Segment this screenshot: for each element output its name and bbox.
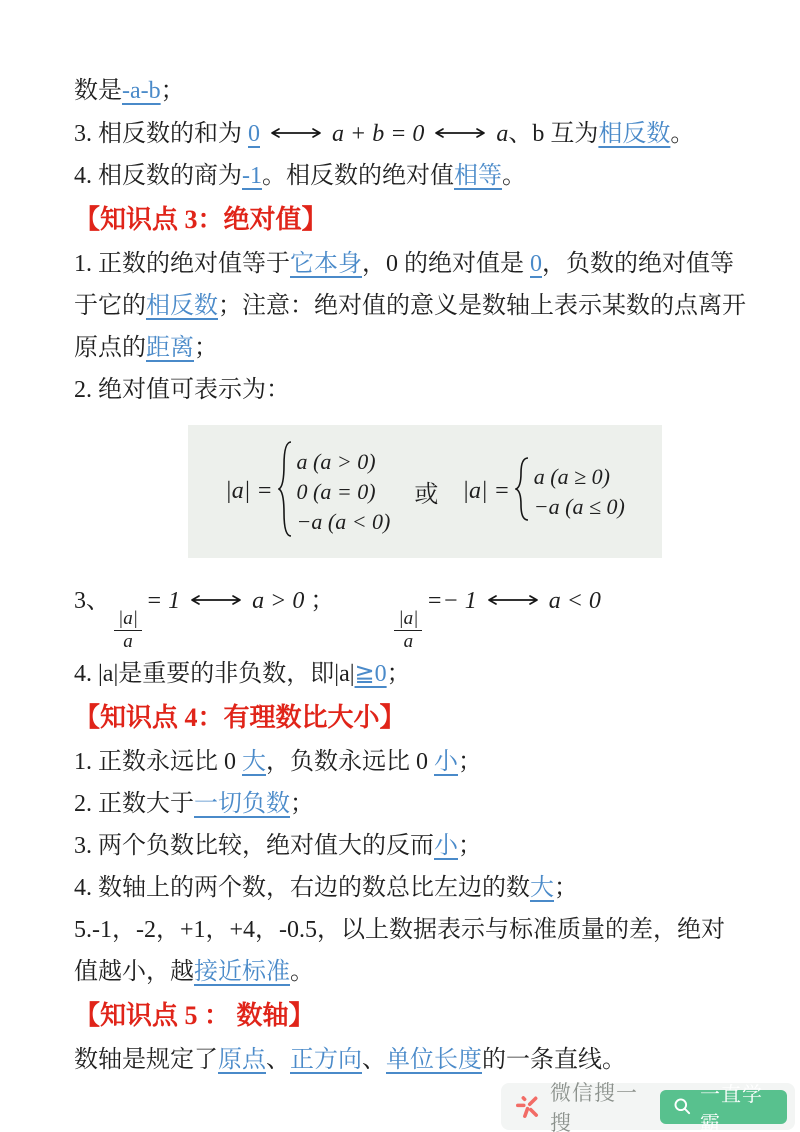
text-run: 3. 两个负数比较，绝对值大的反而 bbox=[74, 833, 434, 859]
text-run: 4. |a|是重要的非负数，即|a| bbox=[74, 661, 355, 687]
text-run: 值越小，越 bbox=[74, 959, 194, 985]
text-run: 、b 互为 bbox=[508, 121, 598, 147]
heading-text: 【知识点 3：绝对值】 bbox=[74, 205, 328, 234]
piecewise-cases: |a| =a (a > 0)0 (a = 0)−a (a < 0) bbox=[225, 441, 390, 542]
text-run: 4. 相反数的商为 bbox=[74, 163, 242, 189]
text-line: 4. |a|是重要的非负数，即|a|≧0； bbox=[74, 653, 740, 695]
or-label: 或 bbox=[414, 474, 438, 509]
heading-text: 【知识点 5 ： 数轴】 bbox=[74, 1001, 315, 1030]
text-line: 4. 相反数的商为-1。相反数的绝对值相等。 bbox=[74, 155, 740, 197]
section-heading: 【知识点 4：有理数比大小】 bbox=[74, 695, 740, 741]
text-run: ； bbox=[304, 588, 340, 614]
fraction: |a|a bbox=[394, 608, 422, 653]
text-run: 数轴是规定了 bbox=[74, 1047, 218, 1073]
formula-box: |a| =a (a > 0)0 (a = 0)−a (a < 0)或|a| =a… bbox=[188, 425, 662, 558]
math-expression: a > 0 bbox=[252, 588, 304, 614]
answer-blank: -1 bbox=[242, 163, 262, 189]
case-row: 0 (a = 0) bbox=[297, 477, 391, 507]
text-line: 3、|a|a= 1a > 0 ； |a|a=− 1a < 0 bbox=[74, 568, 740, 653]
double-arrow-icon bbox=[433, 112, 487, 154]
text-run: 3. 相反数的和为 bbox=[74, 121, 248, 147]
text-run: 。 bbox=[670, 121, 694, 147]
text-run: 2. 正数大于 bbox=[74, 791, 194, 817]
watermark-brand-text: 微信搜一搜 bbox=[550, 1077, 650, 1132]
answer-blank: -a-b bbox=[122, 78, 161, 104]
text-line: 3. 相反数的和为 0a + b = 0a、b 互为相反数。 bbox=[74, 112, 740, 155]
search-brand-badge: 一直学霸 bbox=[660, 1090, 787, 1124]
section-heading: 【知识点 3：绝对值】 bbox=[74, 197, 740, 243]
answer-blank: 大 bbox=[530, 875, 554, 901]
text-run: 5.-1，-2，+1，+4，-0.5，以上数据表示与标准质量的差，绝对 bbox=[74, 917, 725, 943]
text-run: ，负数永远比 0 bbox=[266, 749, 434, 775]
section-heading: 【知识点 5 ： 数轴】 bbox=[74, 993, 740, 1039]
math-expression: |a| = bbox=[225, 478, 272, 505]
watermark-button-label: 一直学霸 bbox=[700, 1078, 774, 1132]
double-arrow-icon bbox=[486, 568, 540, 632]
text-run: ； bbox=[458, 749, 482, 775]
heading-text: 【知识点 4：有理数比大小】 bbox=[74, 703, 406, 732]
text-run: 2. 绝对值可表示为： bbox=[74, 377, 290, 403]
text-run: 3、 bbox=[74, 588, 110, 614]
case-row: −a (a < 0) bbox=[297, 507, 391, 537]
math-expression: |a| = bbox=[462, 478, 509, 505]
text-run: ，0 的绝对值是 bbox=[362, 251, 530, 277]
answer-blank: 它本身 bbox=[290, 251, 362, 277]
case-row: a (a > 0) bbox=[297, 447, 391, 477]
text-run: 原点的 bbox=[74, 335, 146, 361]
math-expression: = 1 bbox=[146, 588, 180, 614]
answer-blank: 一切负数 bbox=[194, 791, 290, 817]
text-run: 1. 正数永远比 0 bbox=[74, 749, 242, 775]
text-run: ；注意：绝对值的意义是数轴上表示某数的点离开 bbox=[218, 293, 746, 319]
answer-blank: 小 bbox=[434, 749, 458, 775]
double-arrow-icon bbox=[269, 112, 323, 154]
text-run: ； bbox=[194, 335, 218, 361]
text-line: 原点的距离； bbox=[74, 327, 740, 369]
double-arrow-icon bbox=[189, 568, 243, 632]
text-run: 。 bbox=[290, 959, 314, 985]
case-row: −a (a ≤ 0) bbox=[534, 492, 625, 522]
answer-blank: 相反数 bbox=[598, 121, 670, 147]
answer-blank: ≧0 bbox=[355, 661, 387, 687]
text-run: 。相反数的绝对值 bbox=[262, 163, 454, 189]
text-line: 3. 两个负数比较，绝对值大的反而小； bbox=[74, 825, 740, 867]
answer-blank: 0 bbox=[530, 251, 542, 277]
text-run: 。 bbox=[502, 163, 526, 189]
case-rows: a (a ≥ 0)−a (a ≤ 0) bbox=[534, 462, 625, 522]
answer-blank: 单位长度 bbox=[386, 1047, 482, 1073]
text-run: ； bbox=[458, 833, 482, 859]
document-body: 数是-a-b；3. 相反数的和为 0a + b = 0a、b 互为相反数。4. … bbox=[74, 70, 740, 1081]
text-line: 于它的相反数；注意：绝对值的意义是数轴上表示某数的点离开 bbox=[74, 285, 740, 327]
answer-blank: 正方向 bbox=[290, 1047, 362, 1073]
text-line: 4. 数轴上的两个数，右边的数总比左边的数大； bbox=[74, 867, 740, 909]
text-line: 1. 正数永远比 0 大，负数永远比 0 小； bbox=[74, 741, 740, 783]
text-run: 数是 bbox=[74, 78, 122, 104]
answer-blank: 相等 bbox=[454, 163, 502, 189]
text-run: ； bbox=[161, 78, 185, 104]
text-run: ； bbox=[290, 791, 314, 817]
text-line: 数是-a-b； bbox=[74, 70, 740, 112]
text-line: 2. 正数大于一切负数； bbox=[74, 783, 740, 825]
document-page: 数是-a-b；3. 相反数的和为 0a + b = 0a、b 互为相反数。4. … bbox=[0, 0, 800, 1132]
math-expression: =− 1 bbox=[426, 588, 476, 614]
answer-blank: 接近标准 bbox=[194, 959, 290, 985]
text-run: 4. 数轴上的两个数，右边的数总比左边的数 bbox=[74, 875, 530, 901]
text-line: 5.-1，-2，+1，+4，-0.5，以上数据表示与标准质量的差，绝对 bbox=[74, 909, 740, 951]
text-run: 、 bbox=[266, 1047, 290, 1073]
piecewise-cases: |a| =a (a ≥ 0)−a (a ≤ 0) bbox=[462, 457, 624, 526]
text-line: 2. 绝对值可表示为： bbox=[74, 369, 740, 411]
case-row: a (a ≥ 0) bbox=[534, 462, 625, 492]
answer-blank: 相反数 bbox=[146, 293, 218, 319]
answer-blank: 距离 bbox=[146, 335, 194, 361]
fraction: |a|a bbox=[114, 608, 142, 653]
text-run: 1. 正数的绝对值等于 bbox=[74, 251, 290, 277]
watermark-badge: 微信搜一搜 一直学霸 bbox=[501, 1083, 795, 1130]
brace-icon bbox=[278, 441, 292, 542]
answer-blank: 0 bbox=[248, 121, 260, 147]
search-icon bbox=[673, 1097, 692, 1116]
text-run: 于它的 bbox=[74, 293, 146, 319]
math-expression: a < 0 bbox=[549, 588, 601, 614]
text-run: 、 bbox=[362, 1047, 386, 1073]
text-run: ； bbox=[387, 661, 411, 687]
text-line: 值越小，越接近标准。 bbox=[74, 951, 740, 993]
answer-blank: 原点 bbox=[218, 1047, 266, 1073]
answer-blank: 大 bbox=[242, 749, 266, 775]
math-expression: a bbox=[496, 121, 508, 147]
sparkle-logo-icon bbox=[514, 1094, 540, 1120]
case-rows: a (a > 0)0 (a = 0)−a (a < 0) bbox=[297, 447, 391, 537]
text-line: 1. 正数的绝对值等于它本身，0 的绝对值是 0，负数的绝对值等 bbox=[74, 243, 740, 285]
text-run: ； bbox=[554, 875, 578, 901]
text-run: 的一条直线。 bbox=[482, 1047, 626, 1073]
brace-icon bbox=[515, 457, 529, 526]
answer-blank: 小 bbox=[434, 833, 458, 859]
text-run: ，负数的绝对值等 bbox=[542, 251, 734, 277]
text-line: 数轴是规定了原点、正方向、单位长度的一条直线。 bbox=[74, 1039, 740, 1081]
math-expression: a + b = 0 bbox=[332, 121, 424, 147]
